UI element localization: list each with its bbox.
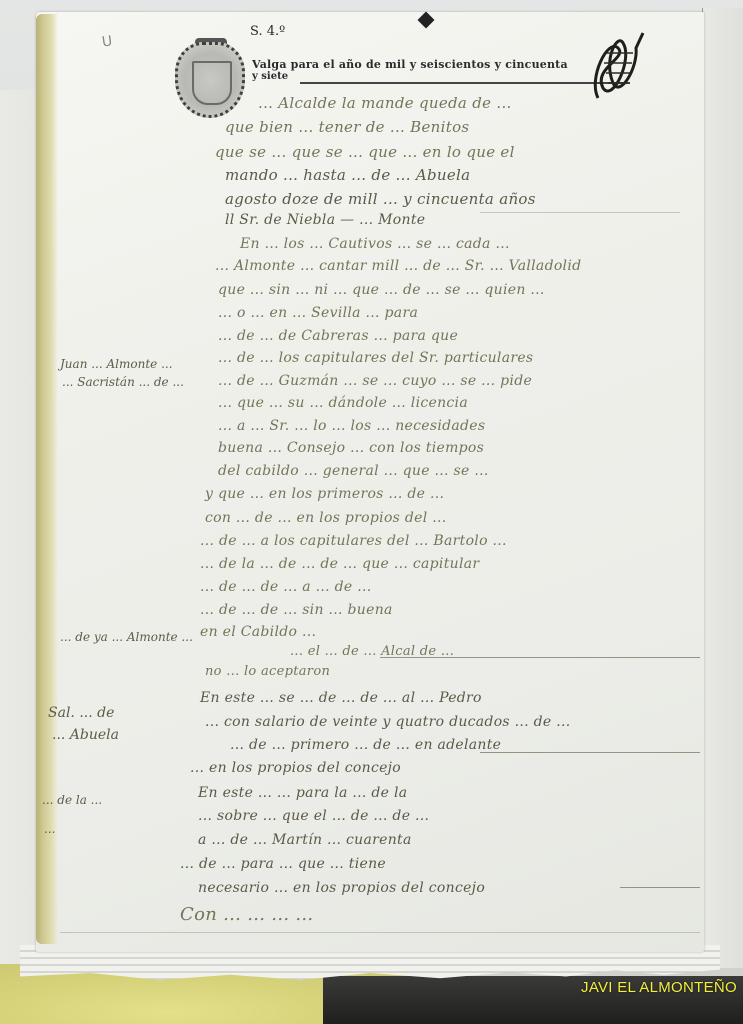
body-line: ... sobre ... que el ... de ... de ... [198, 808, 429, 824]
body-line: y que ... en los primeros ... de ... [205, 486, 444, 502]
line-filler [480, 212, 680, 213]
body-line: En ... los ... Cautivos ... se ... cada … [240, 236, 510, 252]
body-line: ... el ... de ... Alcal de ... [290, 644, 454, 659]
body-line: con ... de ... en los propios del ... [205, 510, 447, 526]
body-line: ... con salario de veinte y quatro ducad… [205, 714, 571, 730]
pencil-annotation: U [101, 33, 113, 50]
coat-of-arms-shield-icon [192, 61, 232, 105]
body-line: que se ... que se ... que ... en lo que … [215, 143, 515, 161]
body-line: del cabildo ... general ... que ... se .… [218, 463, 489, 479]
margin-note: ... [44, 822, 55, 836]
body-line: ... de ... los capitulares del Sr. parti… [218, 350, 533, 366]
body-line: ... Alcalde la mande queda de ... [258, 94, 512, 112]
body-line: ... de ... para ... que ... tiene [180, 856, 386, 872]
body-line: ... de ... primero ... de ... en adelant… [230, 737, 501, 753]
margin-note: Sal. ... de [48, 705, 114, 721]
royal-seal-icon [175, 42, 245, 118]
body-line: ... de ... Guzmán ... se ... cuyo ... se… [218, 373, 532, 389]
body-line: ... de ... a los capitulares del ... Bar… [200, 533, 507, 549]
photographer-watermark: JAVI EL ALMONTEÑO [581, 979, 737, 996]
stamp-header-line1: Valga para el año de mil y seiscientos y… [252, 58, 568, 71]
underlying-page-right [702, 8, 743, 968]
stamp-number: S. 4.º [250, 24, 285, 39]
body-line: ... Almonte ... cantar mill ... de ... S… [215, 258, 581, 274]
body-line: ... en los propios del concejo [190, 760, 401, 776]
body-line: Con ... ... ... ... [180, 904, 313, 925]
body-line: ... de ... de ... a ... de ... [200, 579, 371, 595]
body-line: en el Cabildo ... [200, 624, 316, 640]
line-filler [620, 887, 700, 888]
body-line: ... o ... en ... Sevilla ... para [218, 305, 418, 321]
margin-note: ... Abuela [52, 727, 119, 743]
body-line: que ... sin ... ni ... que ... de ... se… [218, 282, 545, 298]
line-filler [480, 752, 700, 753]
stamp-header-line2: y siete [252, 71, 288, 82]
margin-note: Juan ... Almonte ... [60, 357, 173, 371]
body-line: ... de la ... de ... de ... que ... capi… [200, 556, 479, 572]
rubric-signature-icon [588, 28, 648, 108]
ruled-line [60, 932, 700, 933]
body-line: mando ... hasta ... de ... Abuela [225, 166, 470, 184]
body-line: que bien ... tener de ... Benitos [225, 118, 469, 136]
body-line: ... de ... de Cabreras ... para que [218, 328, 458, 344]
body-line: ... que ... su ... dándole ... licencia [218, 395, 468, 411]
margin-note: ... de la ... [42, 793, 102, 807]
body-line: ... de ... de ... sin ... buena [200, 602, 393, 618]
stamp-underline [300, 82, 630, 84]
body-line: necesario ... en los propios del concejo [198, 880, 485, 896]
body-line: a ... de ... Martín ... cuarenta [198, 832, 412, 848]
margin-note: ... Sacristán ... de ... [62, 375, 184, 389]
body-line: no ... lo aceptaron [205, 664, 330, 679]
body-line: En este ... ... para la ... de la [198, 785, 407, 801]
body-line: buena ... Consejo ... con los tiempos [218, 440, 484, 456]
body-line: ... a ... Sr. ... lo ... los ... necesid… [218, 418, 485, 434]
body-line: agosto doze de mill ... y cincuenta años [225, 190, 536, 208]
photo-scene: U S. 4.º Valga para el año de mil y seis… [0, 0, 743, 1024]
body-line: En este ... se ... de ... de ... al ... … [200, 690, 482, 706]
margin-note: ... de ya ... Almonte ... [60, 630, 193, 644]
body-line: ll Sr. de Niebla — ... Monte [225, 212, 425, 228]
